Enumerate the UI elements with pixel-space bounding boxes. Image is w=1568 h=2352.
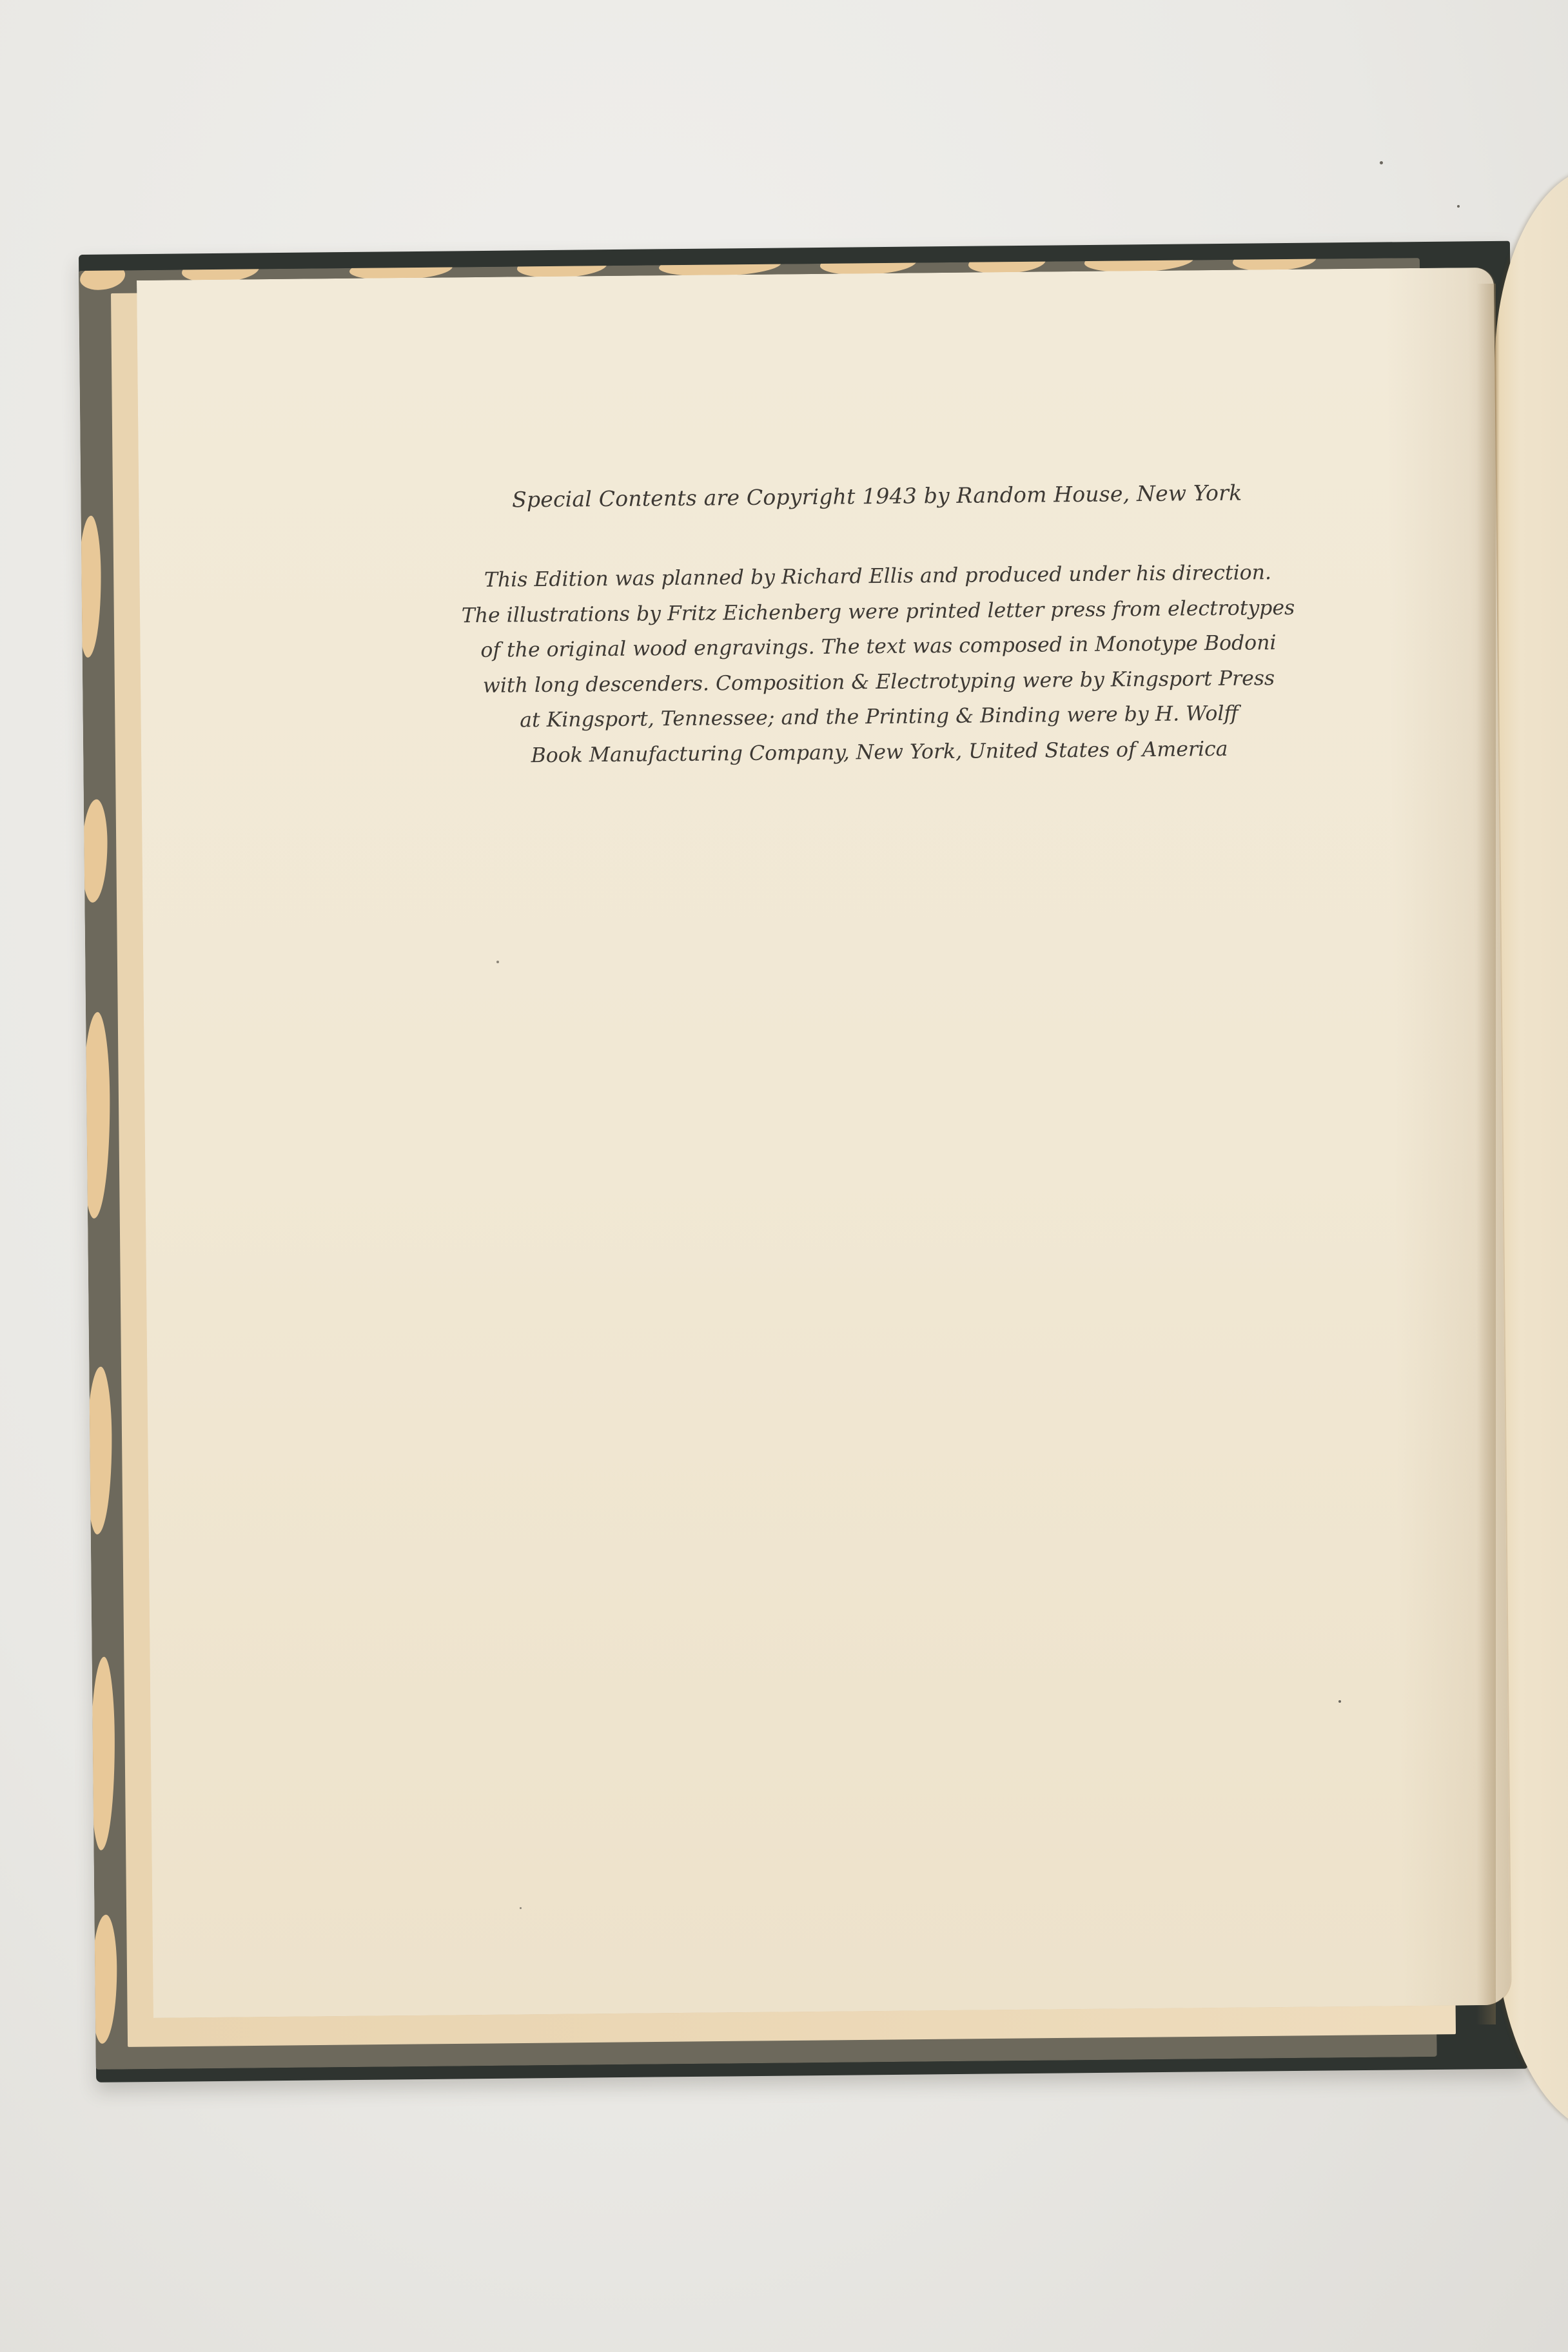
endpaper-leaf-shape — [85, 1367, 112, 1534]
colophon-text-block: Special Contents are Copyright 1943 by R… — [361, 475, 1395, 774]
production-statement: This Edition was planned by Richard Elli… — [362, 554, 1395, 774]
endpaper-leaf-shape — [79, 516, 102, 658]
dust-speck — [1380, 161, 1383, 164]
book-photo-scene: ​ Special Contents are Copyright 1943 by… — [0, 0, 1568, 2352]
dust-speck — [520, 1907, 522, 1909]
dust-speck — [496, 961, 499, 963]
endpaper-leaf-shape — [90, 1657, 116, 1850]
endpaper-leaf-shape — [81, 1012, 111, 1219]
gutter-shadow — [1476, 284, 1496, 2024]
endpaper-leaf-shape — [90, 1915, 117, 2044]
dust-speck — [1457, 205, 1460, 208]
endpaper-leaf-shape — [81, 799, 108, 903]
dust-speck — [1338, 1700, 1341, 1703]
